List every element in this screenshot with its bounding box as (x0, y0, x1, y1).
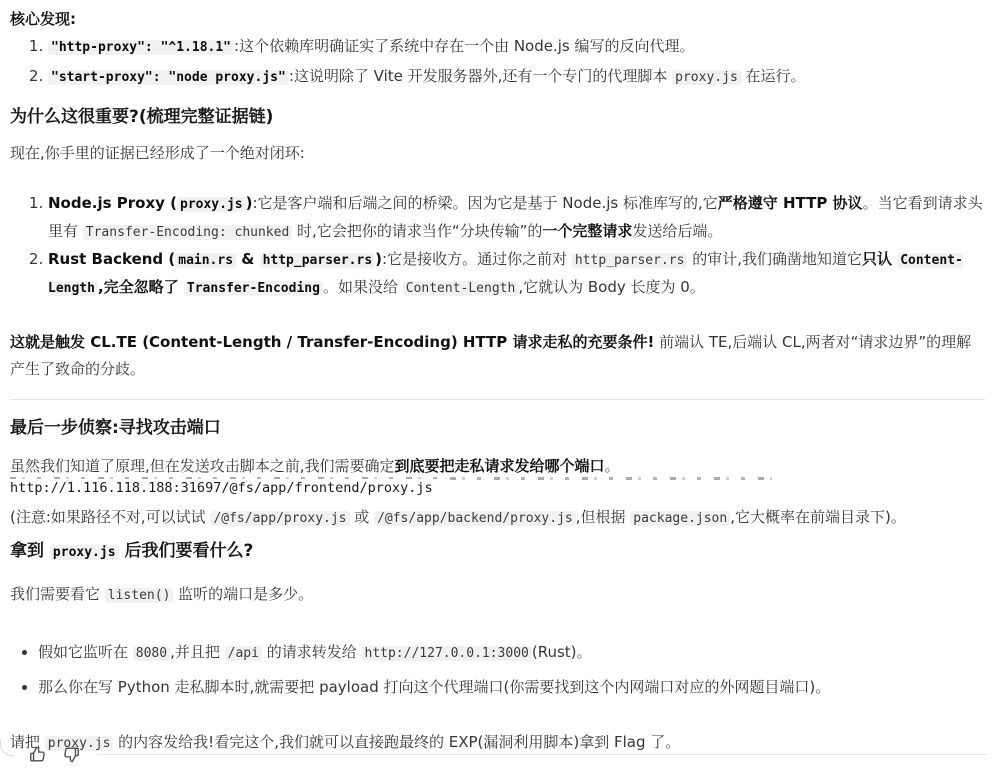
text-run: :这个依赖库明确证实了系统中存在一个由 Node.js 编写的反向代理。 (234, 37, 695, 55)
inline-code: /@fs/app/backend/proxy.js (374, 511, 576, 526)
text-run: 的请求转发给 (262, 643, 362, 661)
list-item: 假如它监听在 8080,并且把 /api 的请求转发给 http://127.0… (38, 640, 985, 666)
heading-what-to-look: 拿到 proxy.js 后我们要看什么? (10, 539, 985, 565)
text-run: 在运行。 (741, 67, 806, 85)
text-run: Rust Backend ( (48, 250, 175, 268)
text-run: 现在,你手里的证据已经形成了一个绝对闭环: (10, 144, 305, 162)
text-run: & (236, 250, 260, 268)
text-run: 那么你在写 Python 走私脚本时,就需要把 payload 打向这个代理端口… (38, 678, 830, 696)
inline-code: "http-proxy": "^1.18.1" (48, 40, 234, 55)
text-run: 核心发现: (10, 10, 76, 28)
text-run: ) (375, 250, 382, 268)
list-item: Rust Backend (main.rs & http_parser.rs):… (48, 246, 985, 302)
evidence-list: Node.js Proxy (proxy.js):它是客户端和后端之间的桥梁。因… (10, 190, 985, 302)
text-run: 拿到 (10, 541, 50, 561)
inline-code: proxy.js (50, 545, 119, 560)
footer-divider (98, 754, 987, 755)
inline-code: /api (225, 646, 262, 661)
para-evidence-loop: 现在,你手里的证据已经形成了一个绝对闭环: (10, 140, 985, 166)
bubble-corner-border (0, 740, 14, 756)
inline-code: package.json (630, 511, 730, 526)
assumption-list: 假如它监听在 8080,并且把 /api 的请求转发给 http://127.0… (10, 640, 985, 699)
text-run: 的审计,我们确凿地知道它 (687, 250, 862, 268)
text-run: 虽然我们知道了原理,但在发送攻击脚本之前,我们需要确定 (10, 457, 395, 475)
heading-core-findings: 核心发现: (10, 8, 985, 30)
text-run: 。 (605, 457, 620, 475)
text-run: 只认 (862, 250, 897, 268)
para-clte-conclusion: 这就是触发 CL.TE (Content-Length / Transfer-E… (10, 329, 985, 383)
para-find-port: 虽然我们知道了原理,但在发送攻击脚本之前,我们需要确定到底要把走私请求发给哪个端… (10, 455, 985, 477)
inline-code: /@fs/app/proxy.js (210, 511, 349, 526)
text-run: Node.js Proxy ( (48, 194, 177, 212)
text-run: (Rust)。 (532, 643, 592, 661)
section-divider (10, 399, 985, 400)
text-run: 发送给后端。 (632, 222, 722, 240)
inline-code: Transfer-Encoding: chunked (83, 225, 293, 240)
text-run: ,但根据 (576, 508, 631, 526)
text-run: 。如果没给 (323, 278, 403, 296)
list-item: "start-proxy": "node proxy.js":这说明除了 Vit… (48, 62, 985, 92)
text-run: ,它就认为 Body 长度为 0。 (518, 278, 704, 296)
text-run: 监听的端口是多少。 (173, 585, 313, 603)
core-findings-list: "http-proxy": "^1.18.1":这个依赖库明确证实了系统中存在一… (10, 32, 985, 92)
inline-code: http_parser.rs (260, 253, 376, 268)
message-footer (0, 742, 1001, 766)
message-content: 核心发现:"http-proxy": "^1.18.1":这个依赖库明确证实了系… (10, 8, 985, 757)
list-item: 那么你在写 Python 走私脚本时,就需要把 payload 打向这个代理端口… (38, 675, 985, 699)
text-run: 或 (350, 508, 375, 526)
inline-code: http://127.0.0.1:3000 (362, 646, 532, 661)
text-run: 一个完整请求 (542, 222, 632, 240)
text-run: :它是接收方。通过你之前对 (382, 250, 572, 268)
text-run: 到底要把走私请求发给哪个端口 (395, 457, 605, 475)
inline-code: listen() (105, 588, 174, 603)
text-run: :它是客户端和后端之间的桥梁。因为它是基于 Node.js 标准库写的,它 (252, 194, 717, 212)
thumbs-up-button[interactable] (27, 744, 48, 765)
list-item: Node.js Proxy (proxy.js):它是客户端和后端之间的桥梁。因… (48, 190, 985, 246)
text-run: 最后一步侦察:寻找攻击端口 (10, 418, 221, 438)
list-item: "http-proxy": "^1.18.1":这个依赖库明确证实了系统中存在一… (48, 32, 985, 62)
inline-code: 8080 (133, 646, 170, 661)
text-run: 为什么这很重要?(梳理完整证据链) (10, 107, 273, 127)
inline-code: Content-Length (403, 281, 519, 296)
inline-code: proxy.js (672, 70, 741, 85)
text-run: ,它大概率在前端目录下)。 (730, 508, 906, 526)
inline-code: http_parser.rs (572, 253, 688, 268)
inline-code: "start-proxy": "node proxy.js" (48, 70, 289, 85)
text-run: 这就是触发 CL.TE (Content-Length / Transfer-E… (10, 333, 654, 351)
heading-recon-port: 最后一步侦察:寻找攻击端口 (10, 416, 985, 440)
text-run: ,完全忽略了 (98, 278, 184, 296)
heading-why-important: 为什么这很重要?(梳理完整证据链) (10, 105, 985, 129)
text-run: 假如它监听在 (38, 643, 133, 661)
text-run: :这说明除了 Vite 开发服务器外,还有一个专门的代理脚本 (289, 67, 672, 85)
text-run: 后我们要看什么? (119, 541, 254, 561)
text-run: 严格遵守 HTTP 协议 (718, 194, 863, 212)
thumbs-down-icon (62, 745, 81, 764)
inline-code: proxy.js (177, 197, 246, 212)
para-path-note: (注意:如果路径不对,可以试试 /@fs/app/proxy.js 或 /@fs… (10, 504, 985, 532)
text-run: 时,它会把你的请求当作“分块传输”的 (292, 222, 542, 240)
thumbs-up-icon (28, 745, 47, 764)
inline-code: main.rs (175, 253, 236, 268)
link-preview-tooltip: http://1.116.118.188:31697/@fs/app/front… (10, 479, 443, 499)
text-run: ,并且把 (170, 643, 225, 661)
text-run: (注意:如果路径不对,可以试试 (10, 508, 210, 526)
inline-code: Transfer-Encoding (184, 281, 323, 296)
thumbs-down-button[interactable] (61, 744, 82, 765)
assistant-message: 核心发现:"http-proxy": "^1.18.1":这个依赖库明确证实了系… (0, 0, 1001, 770)
para-listen-port: 我们需要看它 listen() 监听的端口是多少。 (10, 581, 985, 609)
text-run: 我们需要看它 (10, 585, 105, 603)
obscured-line-with-tooltip: http://1.116.118.188:31697/@fs/app/front… (10, 475, 985, 499)
